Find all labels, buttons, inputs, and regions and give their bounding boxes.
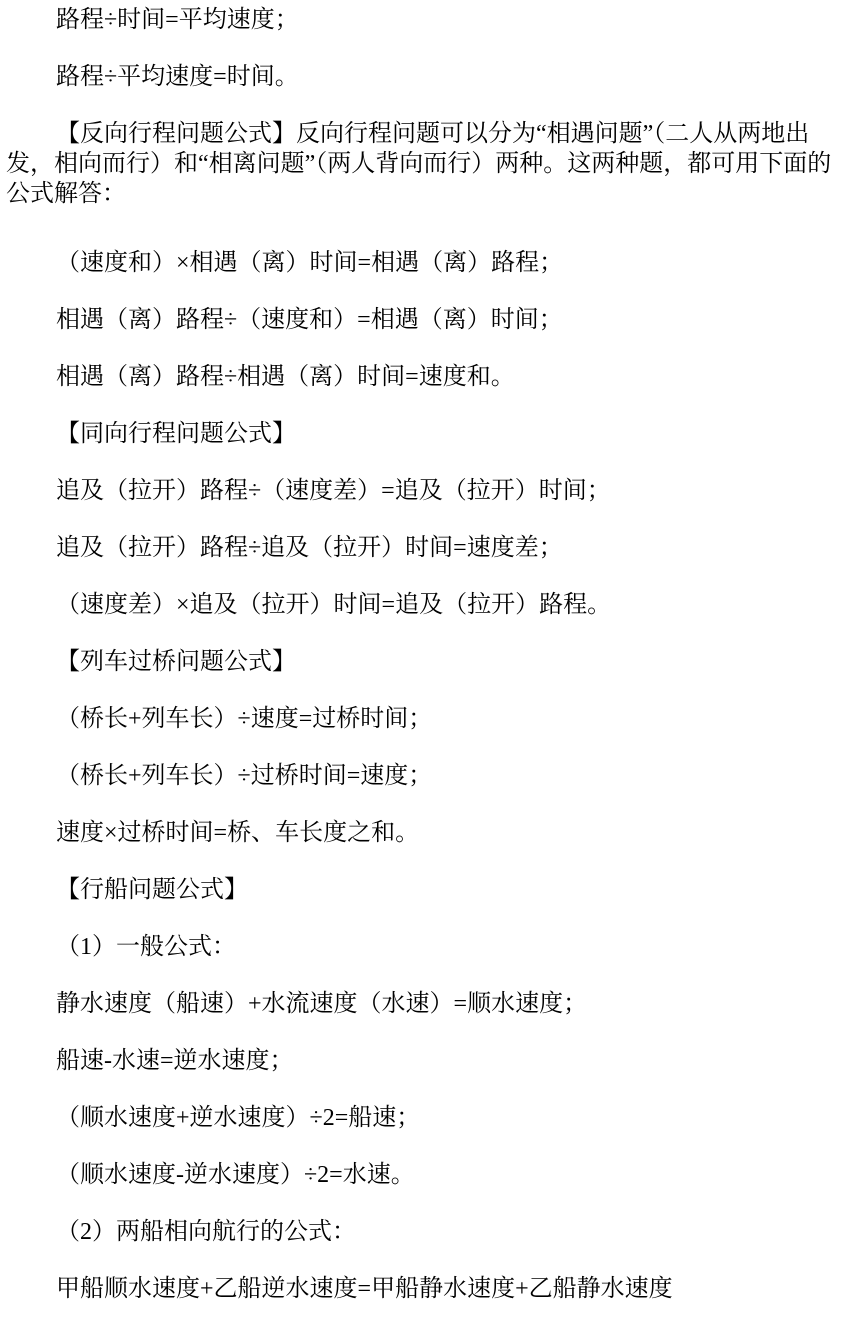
formula-line: （桥长+列车长）÷速度=过桥时间； <box>6 704 842 734</box>
formula-line: （桥长+列车长）÷过桥时间=速度； <box>6 761 842 791</box>
section-heading: 【列车过桥问题公式】 <box>6 647 842 677</box>
section-heading: 【同向行程问题公式】 <box>6 419 842 449</box>
formula-line: 速度×过桥时间=桥、车长度之和。 <box>6 818 842 848</box>
formula-line: 路程÷时间=平均速度； <box>6 5 842 35</box>
numbered-line: （2）两船相向航行的公式： <box>6 1217 842 1247</box>
formula-line: 追及（拉开）路程÷追及（拉开）时间=速度差； <box>6 533 842 563</box>
formula-line: 路程÷平均速度=时间。 <box>6 62 842 92</box>
formula-line: 甲船顺水速度+乙船逆水速度=甲船静水速度+乙船静水速度 <box>6 1274 842 1304</box>
formula-line: （速度和）×相遇（离）时间=相遇（离）路程； <box>6 248 842 278</box>
formula-line: 相遇（离）路程÷相遇（离）时间=速度和。 <box>6 362 842 392</box>
formula-line: 追及（拉开）路程÷（速度差）=追及（拉开）时间； <box>6 476 842 506</box>
numbered-line: （1）一般公式： <box>6 932 842 962</box>
document-page: 路程÷时间=平均速度； 路程÷平均速度=时间。 【反向行程问题公式】反向行程问题… <box>0 0 848 1342</box>
formula-line: 相遇（离）路程÷（速度和）=相遇（离）时间； <box>6 305 842 335</box>
formula-line: 船速-水速=逆水速度； <box>6 1046 842 1076</box>
formula-line: （顺水速度-逆水速度）÷2=水速。 <box>6 1160 842 1190</box>
formula-line: （顺水速度+逆水速度）÷2=船速； <box>6 1103 842 1133</box>
body-paragraph: 【反向行程问题公式】反向行程问题可以分为“相遇问题”（二人从两地出发，相向而行）… <box>6 119 842 209</box>
formula-line: 静水速度（船速）+水流速度（水速）=顺水速度； <box>6 989 842 1019</box>
formula-line: （速度差）×追及（拉开）时间=追及（拉开）路程。 <box>6 590 842 620</box>
section-heading: 【行船问题公式】 <box>6 875 842 905</box>
